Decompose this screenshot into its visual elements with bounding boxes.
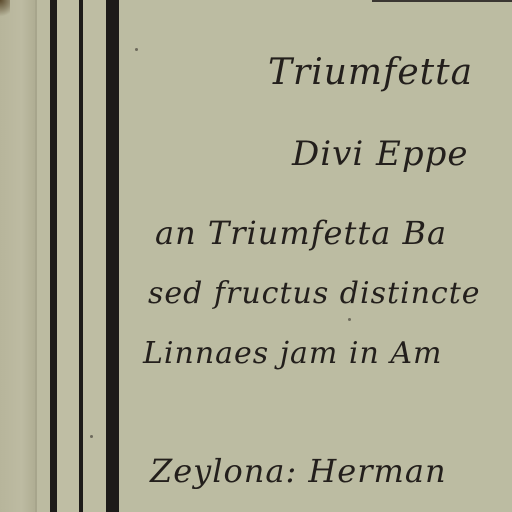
border-panel (83, 0, 106, 512)
border-rule-thick (50, 0, 57, 512)
manuscript-line: sed fructus distincte (148, 276, 481, 311)
paper-margin-strip (0, 0, 36, 512)
manuscript-line: Divi Eppe (292, 134, 469, 174)
manuscript-line: Zeylona: Herman (150, 452, 447, 490)
border-rule-thin (79, 0, 83, 512)
paper-speck (135, 48, 138, 51)
manuscript-line: an Triumfetta Ba (155, 214, 447, 252)
paper-speck (90, 435, 93, 438)
page-top-edge (372, 0, 512, 2)
manuscript-line: Linnaes jam in Am (143, 336, 442, 371)
border-panel (57, 0, 79, 512)
manuscript-title-line: Triumfetta (268, 52, 473, 93)
paper-speck (348, 318, 351, 321)
paper-stain (0, 0, 10, 18)
border-rule-thick (106, 0, 119, 512)
